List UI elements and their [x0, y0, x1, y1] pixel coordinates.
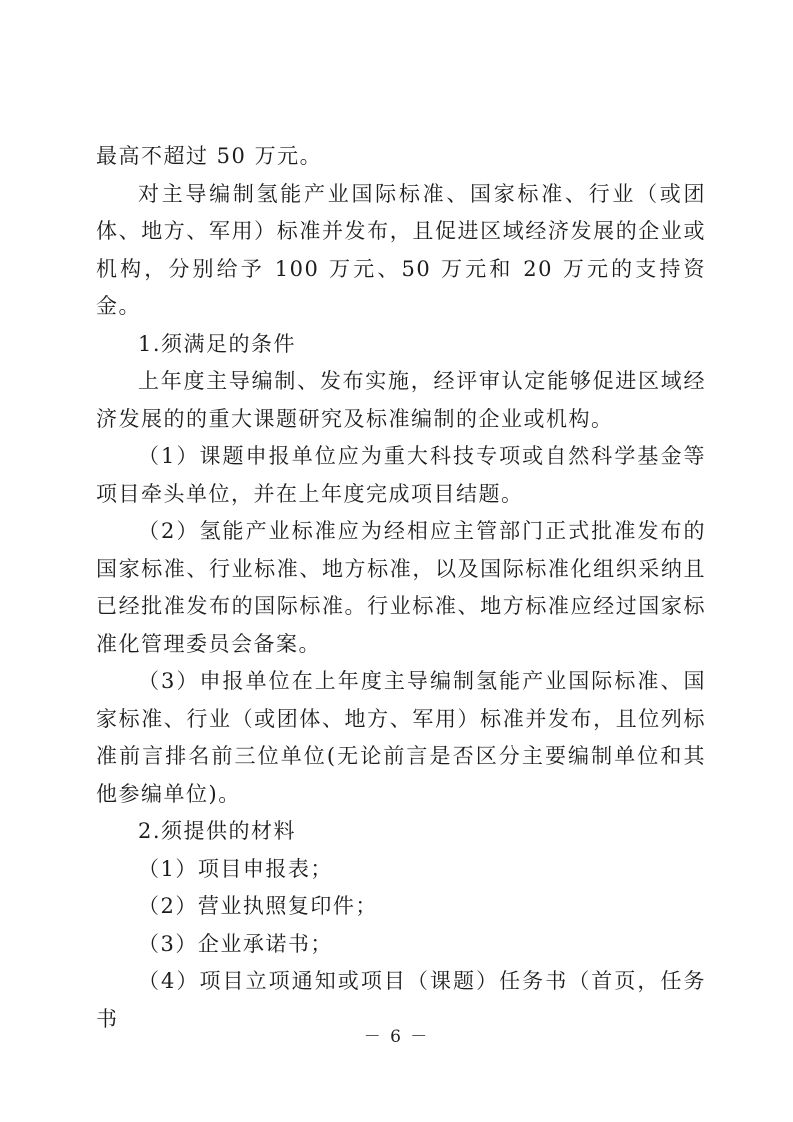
paragraph-continued-from-previous-page: 最高不超过 50 万元。 [96, 138, 706, 176]
paragraph-condition-2: （2）氢能产业标准应为经相应主管部门正式批准发布的国家标准、行业标准、地方标准，… [96, 513, 706, 663]
paragraph-standards-funding: 对主导编制氢能产业国际标准、国家标准、行业（或团体、地方、军用）标准并发布，且促… [96, 176, 706, 326]
paragraph-conditions-intro: 上年度主导编制、发布实施，经评审认定能够促进区域经济发展的的重大课题研究及标准编… [96, 363, 706, 438]
paragraph-condition-1: （1）课题申报单位应为重大科技专项或自然科学基金等项目牵头单位，并在上年度完成项… [96, 438, 706, 513]
document-body: 最高不超过 50 万元。 对主导编制氢能产业国际标准、国家标准、行业（或团体、地… [96, 138, 706, 1038]
list-item-material-1: （1）项目申报表； [96, 851, 706, 889]
list-item-material-3: （3）企业承诺书； [96, 926, 706, 964]
page-number: － 6 － [0, 1022, 793, 1047]
document-page: 最高不超过 50 万元。 对主导编制氢能产业国际标准、国家标准、行业（或团体、地… [0, 0, 793, 1122]
heading-conditions: 1.须满足的条件 [96, 326, 706, 364]
paragraph-condition-3: （3）申报单位在上年度主导编制氢能产业国际标准、国家标准、行业（或团体、地方、军… [96, 663, 706, 813]
heading-materials: 2.须提供的材料 [96, 813, 706, 851]
list-item-material-2: （2）营业执照复印件； [96, 888, 706, 926]
